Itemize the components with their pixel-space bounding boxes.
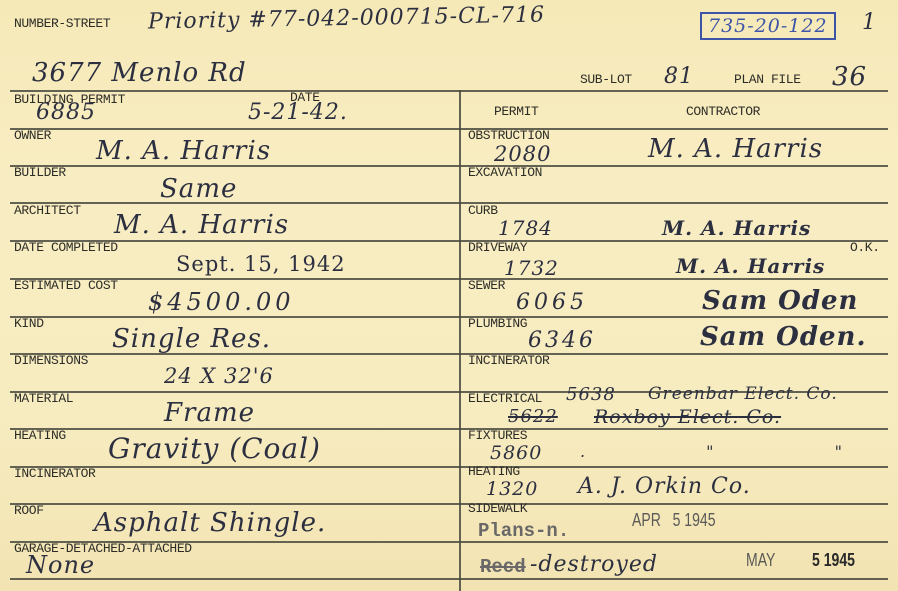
plumbing-permit: 6346 xyxy=(528,328,596,353)
driveway-permit: 1732 xyxy=(504,256,559,280)
curb-contractor: M. A. Harris xyxy=(662,216,811,240)
electrical-struck-contractor: Roxboy Elect. Co. xyxy=(594,406,781,428)
material-value: Frame xyxy=(164,398,255,428)
electrical-label: ELECTRICAL xyxy=(468,391,542,406)
permit-column-header: PERMIT xyxy=(494,104,538,119)
obstruction-permit: 2080 xyxy=(494,142,551,166)
sidewalk-label: SIDEWALK xyxy=(468,501,527,516)
kind-value: Single Res. xyxy=(112,324,271,354)
boxed-suffix: 1 xyxy=(862,10,877,35)
heating-permit-label: HEATING xyxy=(468,464,520,479)
sewer-contractor: Sam Oden xyxy=(702,286,858,316)
destroyed-stamp-month: MAY xyxy=(746,550,775,571)
boxed-parcel-number: 735-20-122 xyxy=(700,12,836,40)
date-completed-value: Sept. 15, 1942 xyxy=(176,252,346,276)
plumbing-label: PLUMBING xyxy=(468,316,527,331)
received-struck: Recd xyxy=(480,556,526,578)
roof-label: ROOF xyxy=(14,503,44,518)
excavation-label: EXCAVATION xyxy=(468,165,542,180)
architect-value: M. A. Harris xyxy=(114,210,289,240)
date-value: 5-21-42. xyxy=(248,100,348,125)
driveway-label: DRIVEWAY xyxy=(468,240,527,255)
electrical-contractor: Greenbar Elect. Co. xyxy=(648,384,838,404)
heating-value: Gravity (Coal) xyxy=(108,432,321,465)
rule-line xyxy=(10,316,888,318)
dimensions-value: 24 X 32'6 xyxy=(164,364,274,388)
curb-label: CURB xyxy=(468,203,498,218)
sub-lot-label: SUB-LOT xyxy=(580,72,632,87)
fixtures-label: FIXTURES xyxy=(468,428,527,443)
heating-permit: 1320 xyxy=(486,478,538,500)
obstruction-contractor: M. A. Harris xyxy=(648,134,823,164)
address: 3677 Menlo Rd xyxy=(32,58,247,88)
plan-file-label: PLAN FILE xyxy=(734,72,801,87)
rule-line xyxy=(10,278,888,280)
roof-value: Asphalt Shingle. xyxy=(94,508,326,538)
estimated-cost-value: $4500.00 xyxy=(148,288,295,316)
architect-label: ARCHITECT xyxy=(14,203,81,218)
electrical-struck-permit: 5622 xyxy=(508,406,558,427)
rule-line xyxy=(10,428,888,430)
material-label: MATERIAL xyxy=(14,391,73,406)
plumbing-contractor: Sam Oden. xyxy=(700,322,867,352)
electrical-permit: 5638 xyxy=(566,384,616,405)
building-permit-value: 6885 xyxy=(36,100,96,125)
plan-file-value: 36 xyxy=(832,62,867,92)
date-completed-label: DATE COMPLETED xyxy=(14,240,118,255)
kind-label: KIND xyxy=(14,316,44,331)
builder-value: Same xyxy=(160,174,237,204)
fixtures-permit: 5860 xyxy=(490,442,542,464)
rule-line xyxy=(10,503,888,505)
rule-line xyxy=(458,90,888,92)
sewer-permit: 6065 xyxy=(516,290,588,315)
driveway-contractor: M. A. Harris xyxy=(676,254,825,278)
rule-line xyxy=(10,128,888,130)
driveway-ok-note: O.K. xyxy=(850,240,880,255)
sub-lot-value: 81 xyxy=(664,64,694,89)
obstruction-label: OBSTRUCTION xyxy=(468,128,549,143)
curb-permit: 1784 xyxy=(498,216,553,240)
destroyed-note: -destroyed xyxy=(530,552,658,577)
permit-card: NUMBER-STREET Priority #77-042-000715-CL… xyxy=(0,0,898,591)
incinerator-permit-label: INCINERATOR xyxy=(468,353,549,368)
heating-contractor: A. J. Orkin Co. xyxy=(578,474,751,499)
number-street-label: NUMBER-STREET xyxy=(14,16,110,31)
heating-label: HEATING xyxy=(14,428,66,443)
incinerator-label: INCINERATOR xyxy=(14,466,95,481)
owner-label: OWNER xyxy=(14,128,51,143)
rule-line xyxy=(10,578,888,580)
owner-value: M. A. Harris xyxy=(96,136,271,166)
sewer-label: SEWER xyxy=(468,278,505,293)
column-divider xyxy=(459,90,461,591)
rule-line xyxy=(10,202,888,204)
estimated-cost-label: ESTIMATED COST xyxy=(14,278,118,293)
rule-line xyxy=(10,240,888,242)
destroyed-stamp-date: 5 1945 xyxy=(812,550,855,571)
builder-label: BUILDER xyxy=(14,165,66,180)
rule-line xyxy=(10,466,888,468)
dimensions-label: DIMENSIONS xyxy=(14,353,88,368)
contractor-column-header: CONTRACTOR xyxy=(686,104,760,119)
plans-typed-note: Plans-n. xyxy=(478,520,569,542)
fixtures-contractor: . " " xyxy=(580,442,898,461)
received-date-stamp: APR 5 1945 xyxy=(632,510,716,531)
priority-note: Priority #77-042-000715-CL-716 xyxy=(148,3,545,35)
garage-value: None xyxy=(26,551,95,579)
